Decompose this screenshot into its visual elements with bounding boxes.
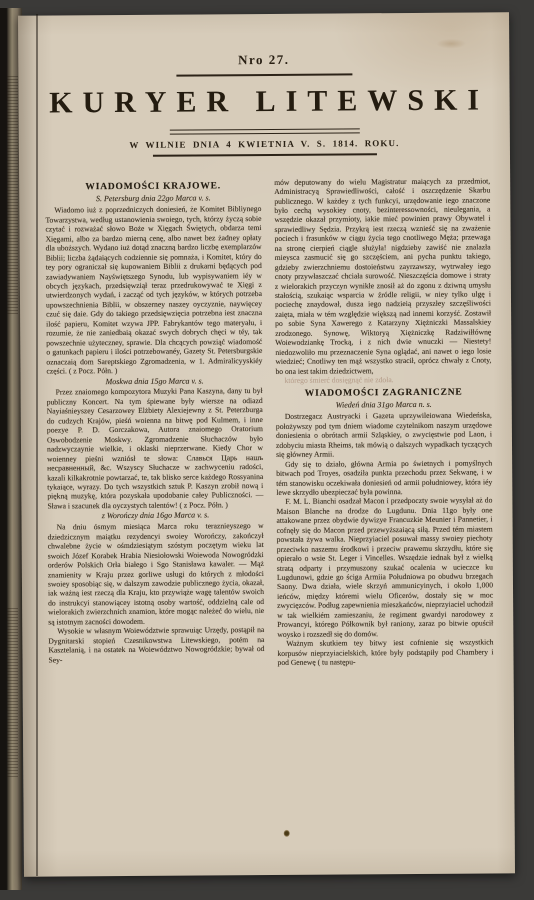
article-paragraph: Dostrzegacz Austryacki i Gazeta uprzywil… [276, 411, 492, 460]
article-paragraph: Wiadomo iuż z poprzedniczych doniesień, … [45, 204, 262, 376]
article-paragraph: Ważnym skutkiem tey bitwy iest cofnienie… [277, 638, 493, 668]
scan-background: Nro 27. KURYER LITEWSKI W WILNIE DNIA 4 … [0, 0, 534, 900]
adjacent-page-text-sliver [7, 608, 18, 778]
article-columns: WIADOMOŚCI KRAJOWE. S. Petersburg dnia 2… [19, 154, 514, 669]
adjacent-page-text-sliver [7, 76, 18, 316]
masthead-rule [176, 73, 352, 76]
masthead: Nro 27. KURYER LITEWSKI W WILNIE DNIA 4 … [18, 12, 510, 157]
issue-number: Nro 27. [18, 50, 509, 69]
article-paragraph: Przez znaiomego kompozytora Muzyki Pana … [47, 386, 264, 510]
newspaper-title: KURYER LITEWSKI [18, 83, 509, 120]
ink-blot [284, 830, 290, 837]
article-paragraph: F. M. L. Bianchi osadzał Macon i przedpo… [276, 496, 493, 639]
publication-dateline: W WILNIE DNIA 4 KWIETNIA V. S. 1814. ROK… [19, 137, 510, 150]
right-column: mów deputowany do wielu Magistratur maią… [274, 176, 493, 667]
dateline-vienna: Wiedeń dnia 31go Marca n. s. [276, 400, 492, 411]
dateline-petersburg: S. Petersburg dnia 22go Marca v. s. [45, 193, 261, 204]
dateline-moscow: Moskwa dnia 15go Marca v. s. [47, 376, 263, 387]
gutter-crease-line [36, 14, 38, 876]
article-paragraph: Gdy się to działo, główna Armia po świet… [276, 458, 492, 497]
article-paragraph: Na dniu ósmym miesiąca Marca roku terazn… [48, 521, 265, 626]
section-heading-foreign-news: WIADOMOŚCI ZAGRANICZNE [276, 387, 492, 400]
newspaper-page: Nro 27. KURYER LITEWSKI W WILNIE DNIA 4 … [18, 12, 515, 876]
article-paragraph: Wysokie w własnym Woiewództwie sprawuiąc… [48, 625, 264, 664]
article-paragraph-continuation: mów deputowany do wielu Magistratur maią… [274, 176, 491, 376]
left-column: WIADOMOŚCI KRAJOWE. S. Petersburg dnia 2… [45, 178, 264, 669]
section-heading-domestic-news: WIADOMOŚCI KRAJOWE. [45, 181, 261, 194]
faded-line: którego śmierć dosięgnąć nie zdoła. [276, 375, 492, 386]
dateline-voronchy: z Worończy dnia 16go Marca v. s. [47, 510, 263, 521]
masthead-double-rule [169, 128, 359, 134]
